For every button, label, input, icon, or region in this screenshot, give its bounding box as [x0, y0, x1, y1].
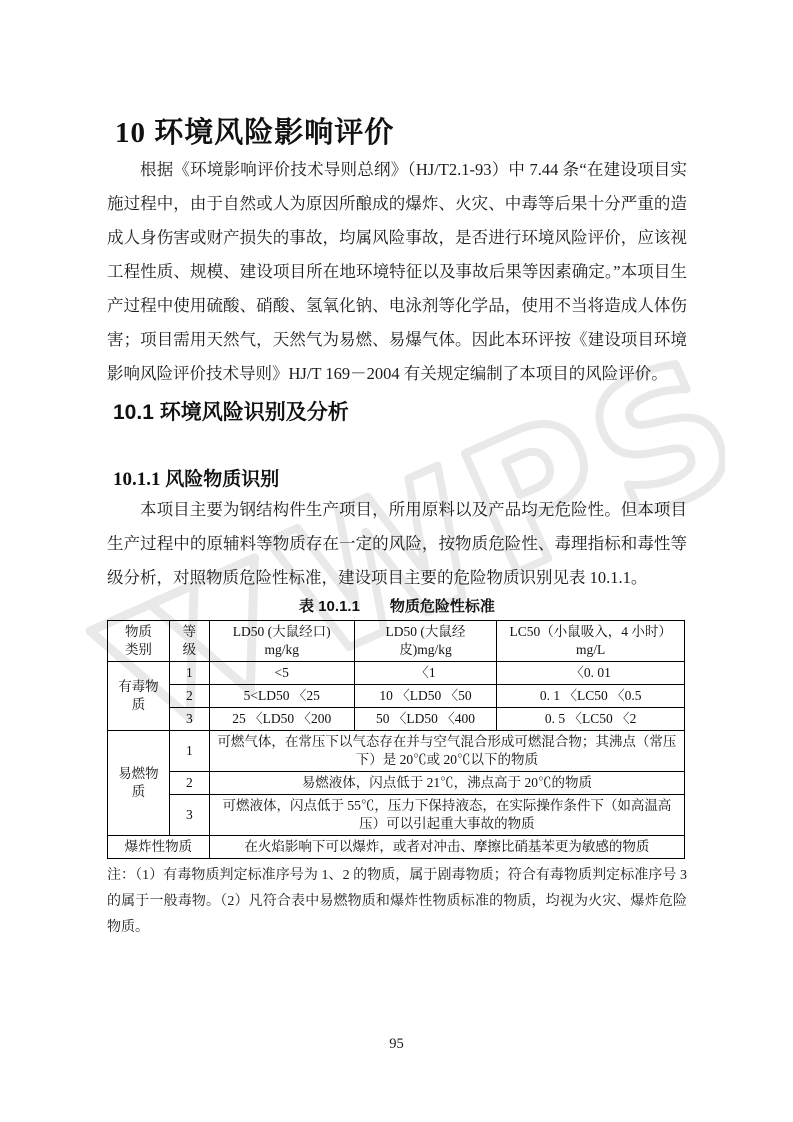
toxic-level-1: 1	[169, 662, 209, 685]
toxic-3-inhalation: 0. 5 〈LC50 〈2	[497, 708, 685, 731]
table-caption-number: 表 10.1.1	[299, 598, 360, 615]
category-flammable: 易燃物质	[108, 731, 170, 836]
toxic-3-dermal: 50 〈LD50 〈400	[354, 708, 497, 731]
table-header-row: 物质类别 等级 LD50 (大鼠经口)mg/kg LD50 (大鼠经皮)mg/k…	[108, 621, 685, 662]
document-content: 10 环境风险影响评价 根据《环境影响评价技术导则总纲》（HJ/T2.1-93）…	[107, 0, 687, 941]
toxic-1-inhalation: 〈0. 01	[497, 662, 685, 685]
flammable-level-1: 1	[169, 731, 209, 772]
toxic-1-dermal: 〈1	[354, 662, 497, 685]
table-caption-title: 物质危险性标准	[390, 598, 495, 615]
toxic-3-oral: 25 〈LD50 〈200	[209, 708, 354, 731]
paragraph-intro: 根据《环境影响评价技术导则总纲》（HJ/T2.1-93）中 7.44 条“在建设…	[107, 153, 687, 391]
table-row: 2 5<LD50 〈25 10 〈LD50 〈50 0. 1 〈LC50 〈0.…	[108, 685, 685, 708]
toxic-level-2: 2	[169, 685, 209, 708]
flammable-3-description: 可燃液体，闪点低于 55℃，压力下保持液态，在实际操作条件下（如高温高压）可以引…	[209, 795, 684, 836]
table-note: 注：（1）有毒物质判定标准序号为 1、2 的物质，属于剧毒物质；符合有毒物质判定…	[107, 863, 687, 941]
table-caption: 表 10.1.1物质危险性标准	[107, 596, 687, 618]
table-row: 3 25 〈LD50 〈200 50 〈LD50 〈400 0. 5 〈LC50…	[108, 708, 685, 731]
flammable-level-2: 2	[169, 772, 209, 795]
header-lc50-inhalation: LC50（小鼠吸入，4 小时）mg/L	[497, 621, 685, 662]
flammable-1-description: 可燃气体，在常压下以气态存在并与空气混合形成可燃混合物；其沸点（常压下）是 20…	[209, 731, 684, 772]
hazard-standard-table: 物质类别 等级 LD50 (大鼠经口)mg/kg LD50 (大鼠经皮)mg/k…	[107, 620, 685, 859]
flammable-level-3: 3	[169, 795, 209, 836]
category-toxic: 有毒物质	[108, 662, 170, 731]
table-row: 3 可燃液体，闪点低于 55℃，压力下保持液态，在实际操作条件下（如高温高压）可…	[108, 795, 685, 836]
table-row: 有毒物质 1 <5 〈1 〈0. 01	[108, 662, 685, 685]
paragraph-risk-materials: 本项目主要为钢结构件生产项目，所用原料以及产品均无危险性。但本项目生产过程中的原…	[107, 493, 687, 595]
toxic-level-3: 3	[169, 708, 209, 731]
header-substance-category: 物质类别	[108, 621, 170, 662]
heading-10-1: 10.1 环境风险识别及分析	[113, 399, 687, 427]
header-level: 等级	[169, 621, 209, 662]
page-number: 95	[0, 1036, 793, 1053]
table-row: 爆炸性物质 在火焰影响下可以爆炸，或者对冲击、摩擦比硝基苯更为敏感的物质	[108, 836, 685, 859]
document-page: WPS 10 环境风险影响评价 根据《环境影响评价技术导则总纲》（HJ/T2.1…	[0, 0, 793, 1122]
flammable-2-description: 易燃液体，闪点低于 21℃，沸点高于 20℃的物质	[209, 772, 684, 795]
toxic-2-oral: 5<LD50 〈25	[209, 685, 354, 708]
table-row: 易燃物质 1 可燃气体，在常压下以气态存在并与空气混合形成可燃混合物；其沸点（常…	[108, 731, 685, 772]
explosive-description: 在火焰影响下可以爆炸，或者对冲击、摩擦比硝基苯更为敏感的物质	[209, 836, 684, 859]
header-ld50-oral: LD50 (大鼠经口)mg/kg	[209, 621, 354, 662]
category-explosive: 爆炸性物质	[108, 836, 210, 859]
toxic-1-oral: <5	[209, 662, 354, 685]
table-row: 2 易燃液体，闪点低于 21℃，沸点高于 20℃的物质	[108, 772, 685, 795]
chapter-title: 10 环境风险影响评价	[115, 113, 687, 153]
toxic-2-inhalation: 0. 1 〈LC50 〈0.5	[497, 685, 685, 708]
heading-10-1-1: 10.1.1 风险物质识别	[113, 467, 687, 493]
header-ld50-dermal: LD50 (大鼠经皮)mg/kg	[354, 621, 497, 662]
toxic-2-dermal: 10 〈LD50 〈50	[354, 685, 497, 708]
